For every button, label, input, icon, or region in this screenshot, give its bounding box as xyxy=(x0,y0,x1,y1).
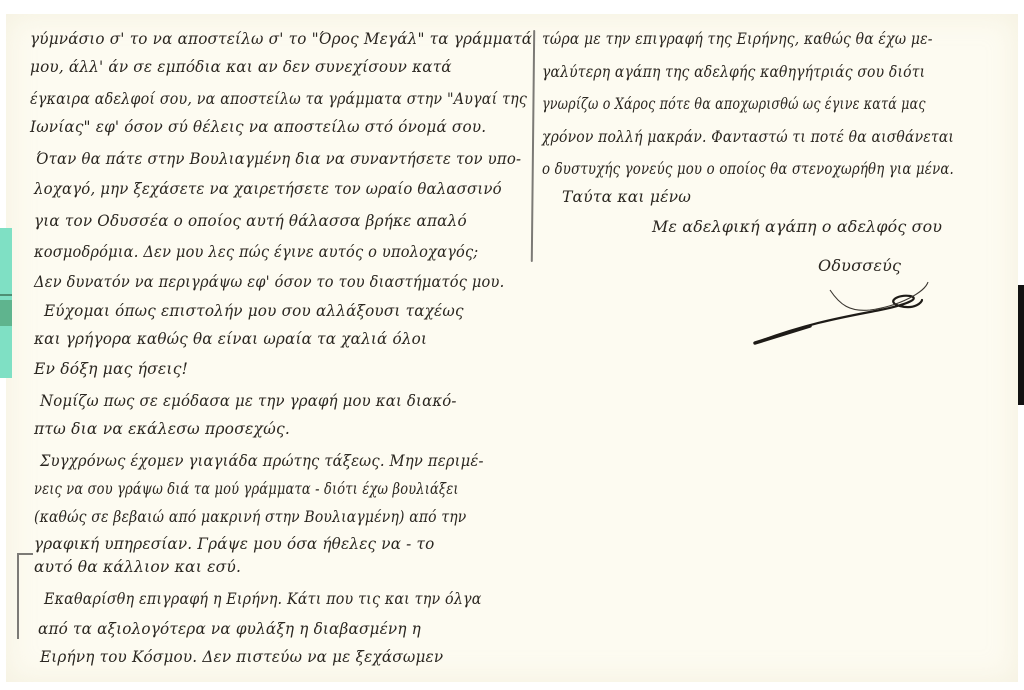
handwritten-line: (καθώς σε βεβαιώ από μακρινή στην Βουλια… xyxy=(34,508,466,526)
handwritten-line: και γρήγορα καθώς θα είναι ωραία τα χαλι… xyxy=(34,330,427,348)
handwritten-line: Ιωνίας" εφ' όσον σύ θέλεις να αποστείλω … xyxy=(30,118,486,136)
handwritten-line: πτω δια να εκάλεσω προσεχώς. xyxy=(34,420,290,438)
signature-flourish-icon xyxy=(750,280,930,350)
handwritten-line: νεις να σου γράψω διά τα μού γράμματα - … xyxy=(34,480,459,498)
handwritten-line: γραφική υπηρεσίαν. Γράψε μου όσα ήθελες … xyxy=(34,535,434,553)
handwritten-line: Όταν θα πάτε στην Βουλιαγμένη δια να συν… xyxy=(36,150,521,168)
handwritten-line: έγκαιρα αδελφοί σου, να αποστείλω τα γρά… xyxy=(30,90,527,108)
letter-closing: Με αδελφική αγάπη ο αδελφός σου xyxy=(652,218,942,236)
handwritten-line: Ταύτα και μένω xyxy=(562,188,691,206)
handwritten-line: λοχαγό, μην ξεχάσετε να χαιρετήσετε τον … xyxy=(34,180,502,198)
handwritten-line: Εκαθαρίσθη επιγραφή η Ειρήνη. Κάτι που τ… xyxy=(44,590,482,608)
letter-page-left: γύμνάσιο σ' το να αποστείλω σ' το "Όρος … xyxy=(0,0,512,690)
handwritten-line: γύμνάσιο σ' το να αποστείλω σ' το "Όρος … xyxy=(30,30,532,48)
handwritten-line: μου, άλλ' άν σε εμπόδια και αν δεν συνεχ… xyxy=(30,58,452,76)
handwritten-line: Ειρήνη του Κόσμου. Δεν πιστεύω να με ξεχ… xyxy=(40,648,443,666)
handwritten-line: Εύχομαι όπως επιστολήν μου σου αλλάξουσι… xyxy=(44,302,464,320)
handwritten-line: γνωρίζω ο Χάρος πότε θα αποχωρισθώ ως έγ… xyxy=(542,95,926,113)
handwritten-line: Εν δόξη μας ήσεις! xyxy=(34,360,188,378)
handwritten-line: Συγχρόνως έχομεν γιαγιάδα πρώτης τάξεως.… xyxy=(40,452,484,470)
handwritten-line: τώρα με την επιγραφή της Ειρήνης, καθώς … xyxy=(542,30,933,48)
handwritten-line: γαλύτερη αγάπη της αδελφής καθηγήτριάς σ… xyxy=(542,63,925,81)
handwritten-line: Δεν δυνατόν να περιγράψω εφ' όσον το του… xyxy=(34,273,504,291)
handwritten-line: αυτό θα κάλλιον και εσύ. xyxy=(34,558,241,576)
pencil-bracket-mark xyxy=(17,553,33,639)
letter-signature: Οδυσσεύς xyxy=(818,256,901,275)
handwritten-line: για τον Οδυσσέα ο οποίος αυτή θάλασσα βρ… xyxy=(34,212,467,230)
handwritten-line: από τα αξιολογότερα να φυλάξη η διαβασμέ… xyxy=(38,620,421,638)
handwritten-line: Νομίζω πως σε εμόδασα με την γραφή μου κ… xyxy=(40,392,457,410)
handwritten-line: ο δυστυχής γονεύς μου ο οποίος θα στενοχ… xyxy=(542,160,954,178)
handwritten-line: χρόνον πολλή μακράν. Φανταστώ τι ποτέ θα… xyxy=(542,128,954,146)
handwritten-line: κοσμοδρόμια. Δεν μου λες πώς έγινε αυτός… xyxy=(34,243,478,261)
